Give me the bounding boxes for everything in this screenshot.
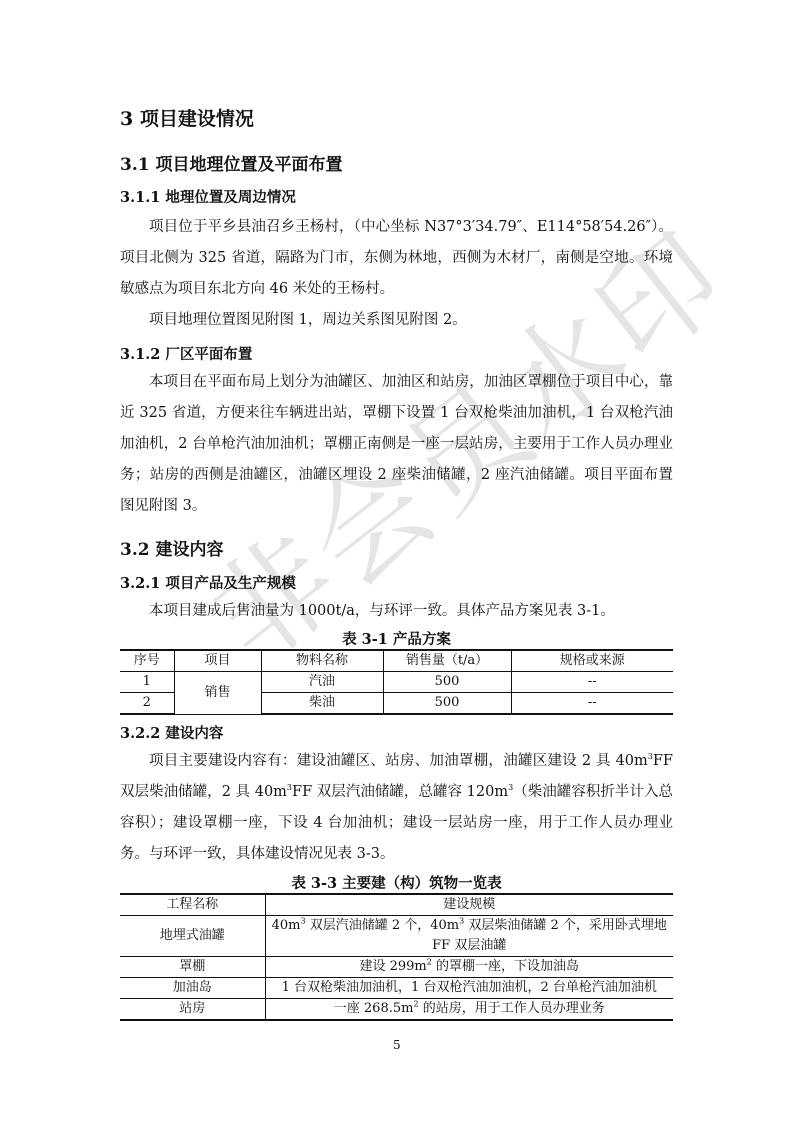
- subsection-heading-3-2-1: 3.2.1 项目产品及生产规模: [120, 572, 296, 593]
- paragraph-location: 项目位于平乡县油召乡王杨村，（中心坐标 N37°3′34.79″、E114°58…: [120, 212, 673, 305]
- cell-amount: 500: [383, 672, 511, 693]
- text-run: 的站房，用于工作人员办理业务: [419, 1001, 605, 1016]
- table-main-buildings: 工程名称 建设规模 地埋式油罐 40m3 双层汽油储罐 2 个，40m3 双层柴…: [120, 893, 673, 1021]
- text-run: 建设 299m: [359, 959, 426, 974]
- header-cell: 物料名称: [261, 650, 383, 672]
- cell-name: 加油岛: [120, 978, 265, 999]
- header-cell: 规格或来源: [511, 650, 673, 672]
- cell-scale: 1 台双枪柴油加油机，1 台双枪汽油加油机，2 台单枪汽油加油机: [265, 978, 673, 999]
- cell-scale: 40m3 双层汽油储罐 2 个，40m3 双层柴油储罐 2 个，采用卧式埋地 F…: [265, 916, 673, 957]
- table-header-row: 工程名称 建设规模: [120, 894, 673, 916]
- subsection-heading-3-1-2: 3.1.2 厂区平面布置: [120, 343, 252, 364]
- paragraph-layout: 本项目在平面布局上划分为油罐区、加油区和站房，加油区罩棚位于项目中心，靠近 32…: [120, 367, 673, 522]
- subsection-heading-3-2-2: 3.2.2 建设内容: [120, 722, 223, 743]
- table-3-1-caption: 表 3-1 产品方案: [120, 628, 673, 649]
- cell-scale: 建设 299m2 的罩棚一座，下设加油岛: [265, 957, 673, 978]
- cell-item: 销售: [174, 672, 261, 715]
- table-header-row: 序号 项目 物料名称 销售量（t/a） 规格或来源: [120, 650, 673, 672]
- text-run: FF 双层汽油储罐，总罐容 120m: [292, 784, 508, 800]
- subsection-heading-3-1-1: 3.1.1 地理位置及周边情况: [120, 186, 296, 207]
- header-cell: 序号: [120, 650, 174, 672]
- document-page: 非会员水印 3 项目建设情况 3.1 项目地理位置及平面布置 3.1.1 地理位…: [0, 0, 793, 1122]
- text-run: 一座 268.5m: [334, 1001, 414, 1016]
- table-row: 1 销售 汽油 500 --: [120, 672, 673, 693]
- text-run: 项目主要建设内容有：建设油罐区、站房、加油罩棚，油罐区建设 2 具 40m: [149, 753, 648, 769]
- text-run: 双层汽油储罐 2 个，40m: [306, 918, 460, 933]
- text-run: 双层柴油储罐 2 个，采用卧式埋地 FF 双层油罐: [432, 918, 667, 953]
- page-number: 5: [393, 1038, 401, 1052]
- table-row: 地埋式油罐 40m3 双层汽油储罐 2 个，40m3 双层柴油储罐 2 个，采用…: [120, 916, 673, 957]
- table-row: 加油岛 1 台双枪柴油加油机，1 台双枪汽油加油机，2 台单枪汽油加油机: [120, 978, 673, 999]
- table-row: 罩棚 建设 299m2 的罩棚一座，下设加油岛: [120, 957, 673, 978]
- cell-no: 2: [120, 693, 174, 715]
- text-run: 的罩棚一座，下设加油岛: [432, 959, 579, 974]
- table-row: 站房 一座 268.5m2 的站房，用于工作人员办理业务: [120, 999, 673, 1021]
- section-heading-3-2: 3.2 建设内容: [120, 535, 224, 560]
- table-3-3-caption: 表 3-3 主要建（构）筑物一览表: [120, 872, 673, 893]
- cell-spec: --: [511, 672, 673, 693]
- table-product-plan: 序号 项目 物料名称 销售量（t/a） 规格或来源 1 销售 汽油 500 --…: [120, 649, 673, 715]
- chapter-heading: 3 项目建设情况: [120, 104, 254, 131]
- cell-material: 汽油: [261, 672, 383, 693]
- text-run: 40m: [272, 918, 301, 933]
- header-cell: 项目: [174, 650, 261, 672]
- header-cell: 建设规模: [265, 894, 673, 916]
- header-cell: 销售量（t/a）: [383, 650, 511, 672]
- header-cell: 工程名称: [120, 894, 265, 916]
- cell-spec: --: [511, 693, 673, 715]
- paragraph-construction-content: 项目主要建设内容有：建设油罐区、站房、加油罩棚，油罐区建设 2 具 40m3FF…: [120, 746, 673, 870]
- paragraph-figure-reference: 项目地理位置图见附图 1，周边关系图见附图 2。: [120, 305, 673, 336]
- section-heading-3-1: 3.1 项目地理位置及平面布置: [120, 150, 343, 175]
- cell-amount: 500: [383, 693, 511, 715]
- cell-scale: 一座 268.5m2 的站房，用于工作人员办理业务: [265, 999, 673, 1021]
- cell-name: 地埋式油罐: [120, 916, 265, 957]
- cell-material: 柴油: [261, 693, 383, 715]
- cell-name: 罩棚: [120, 957, 265, 978]
- paragraph-production-scale: 本项目建成后售油量为 1000t/a，与环评一致。具体产品方案见表 3-1。: [120, 596, 673, 627]
- cell-name: 站房: [120, 999, 265, 1021]
- cell-no: 1: [120, 672, 174, 693]
